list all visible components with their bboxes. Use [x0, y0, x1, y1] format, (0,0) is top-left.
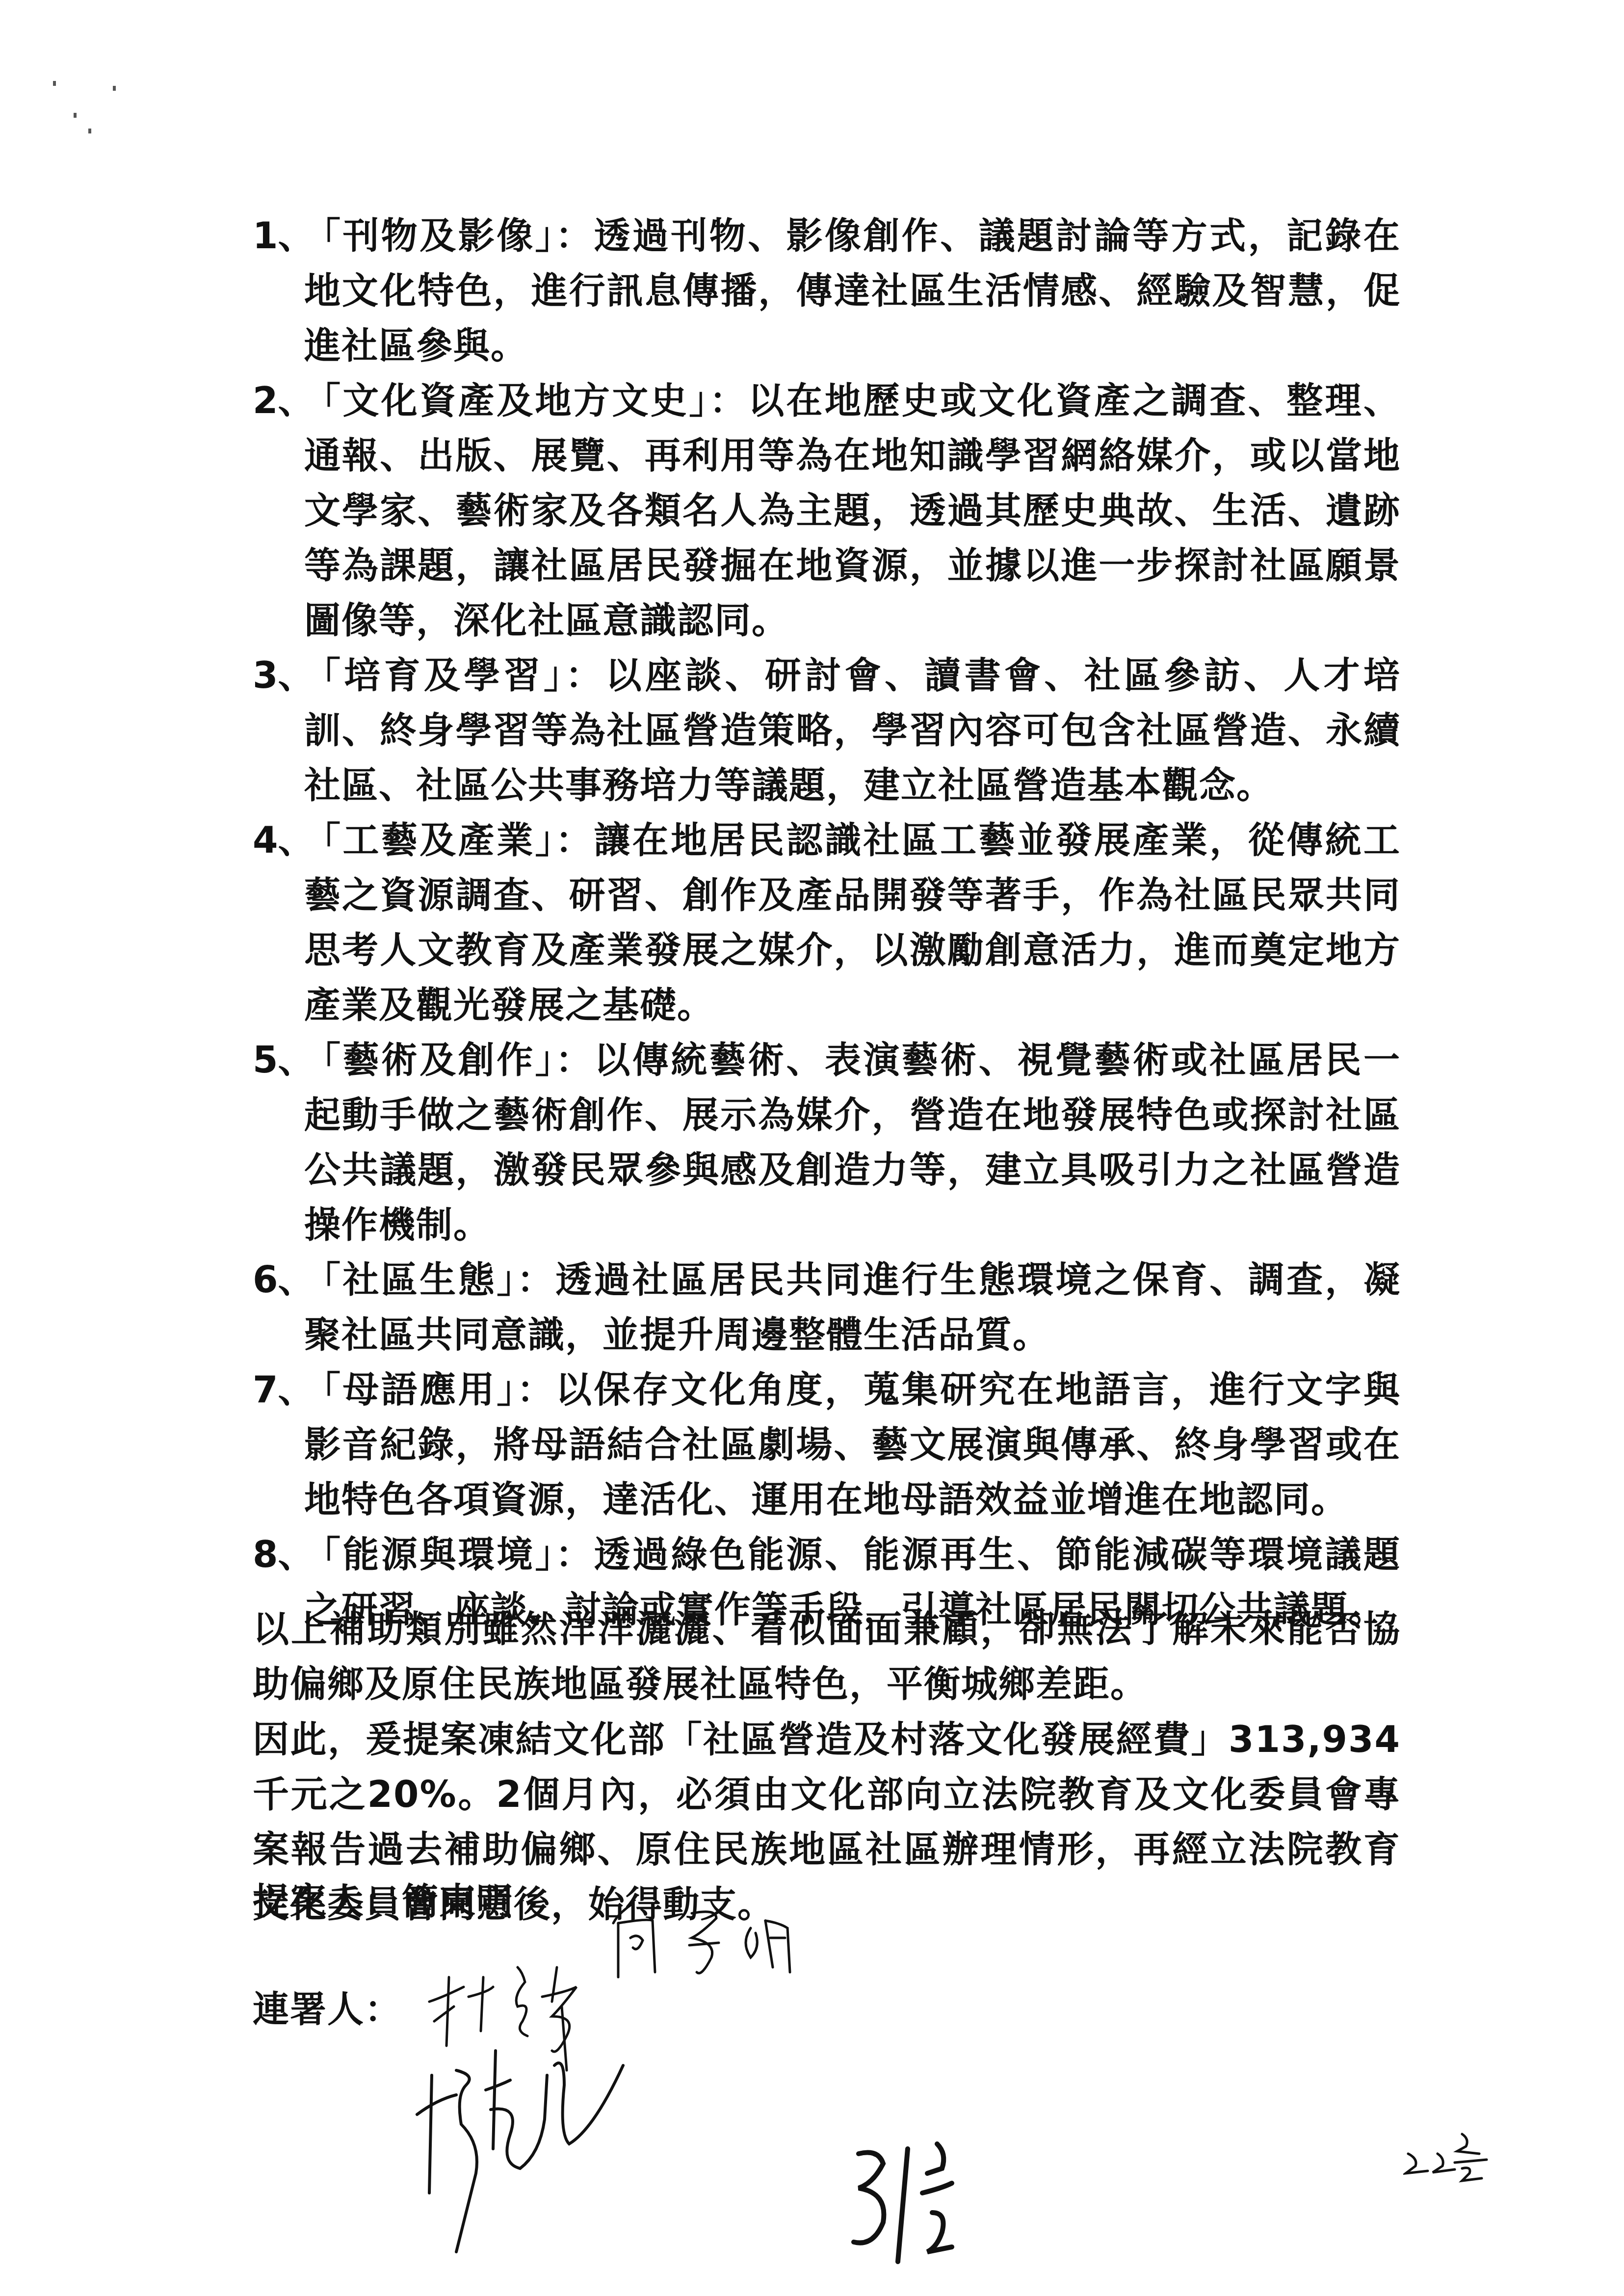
proposer-label: 提案人： — [253, 1880, 402, 1923]
item-title: 「刊物及影像」 — [304, 215, 555, 257]
scan-artifact — [74, 113, 77, 118]
item-number: 3、 — [253, 648, 314, 703]
item-number: 2、 — [253, 373, 314, 428]
item-title: 「母語應用」 — [304, 1369, 517, 1411]
scan-artifact — [53, 81, 56, 86]
item-number: 1、 — [253, 209, 314, 263]
list-item: 7、 「母語應用」：以保存文化角度，蒐集研究在地語言，進行文字與影音紀錄，將母語… — [253, 1362, 1401, 1527]
proposer-line: 提案人：簡東明 — [253, 1874, 514, 1929]
list-item: 6、 「社區生態」：透過社區居民共同進行生態環境之保育、調查，凝聚社區共同意識，… — [253, 1252, 1401, 1362]
item-number: 6、 — [253, 1252, 314, 1307]
item-number: 7、 — [253, 1362, 314, 1417]
item-title: 「培育及學習」 — [304, 654, 565, 697]
item-title: 「社區生態」 — [304, 1259, 517, 1301]
item-title: 「文化資產及地方文史」 — [304, 380, 709, 422]
proposer-name: 簡東明 — [402, 1880, 514, 1923]
cosigner-label: 連署人： — [253, 1988, 402, 2031]
item-title: 「藝術及創作」 — [304, 1039, 555, 1081]
item-title: 「能源與環境」 — [304, 1534, 555, 1576]
item-title: 「工藝及產業」 — [304, 819, 555, 861]
summary-paragraph: 以上補助類別雖然洋洋灑灑、看似面面兼顧，卻無法了解未來能否協助偏鄉及原住民族地區… — [253, 1602, 1401, 1712]
list-item: 3、 「培育及學習」：以座談、研討會、讀書會、社區參訪、人才培訓、終身學習等為社… — [253, 648, 1401, 813]
list-item: 5、 「藝術及創作」：以傳統藝術、表演藝術、視覺藝術或社區居民一起動手做之藝術創… — [253, 1033, 1401, 1252]
scan-artifact — [113, 86, 116, 91]
list-item: 4、 「工藝及產業」：讓在地居民認識社區工藝並發展產業，從傳統工藝之資源調查、研… — [253, 813, 1401, 1033]
page-number — [1403, 2124, 1511, 2185]
cosigner-line: 連署人： — [253, 1982, 402, 2037]
cosigner-signature — [407, 2046, 898, 2271]
item-number: 5、 — [253, 1033, 314, 1088]
item-number: 4、 — [253, 813, 314, 868]
scan-artifact — [88, 129, 91, 133]
document-page: 1、 「刊物及影像」：透過刊物、影像創作、議題討論等方式，記錄在地文化特色，進行… — [0, 0, 1624, 2296]
cosigner-signature — [844, 2129, 1021, 2276]
list-item: 2、 「文化資產及地方文史」：以在地歷史或文化資產之調查、整理、通報、出版、展覽… — [253, 373, 1401, 648]
item-number: 8、 — [253, 1527, 314, 1582]
list-item: 1、 「刊物及影像」：透過刊物、影像創作、議題討論等方式，記錄在地文化特色，進行… — [253, 209, 1401, 373]
subsidy-category-list: 1、 「刊物及影像」：透過刊物、影像創作、議題討論等方式，記錄在地文化特色，進行… — [253, 209, 1401, 1637]
